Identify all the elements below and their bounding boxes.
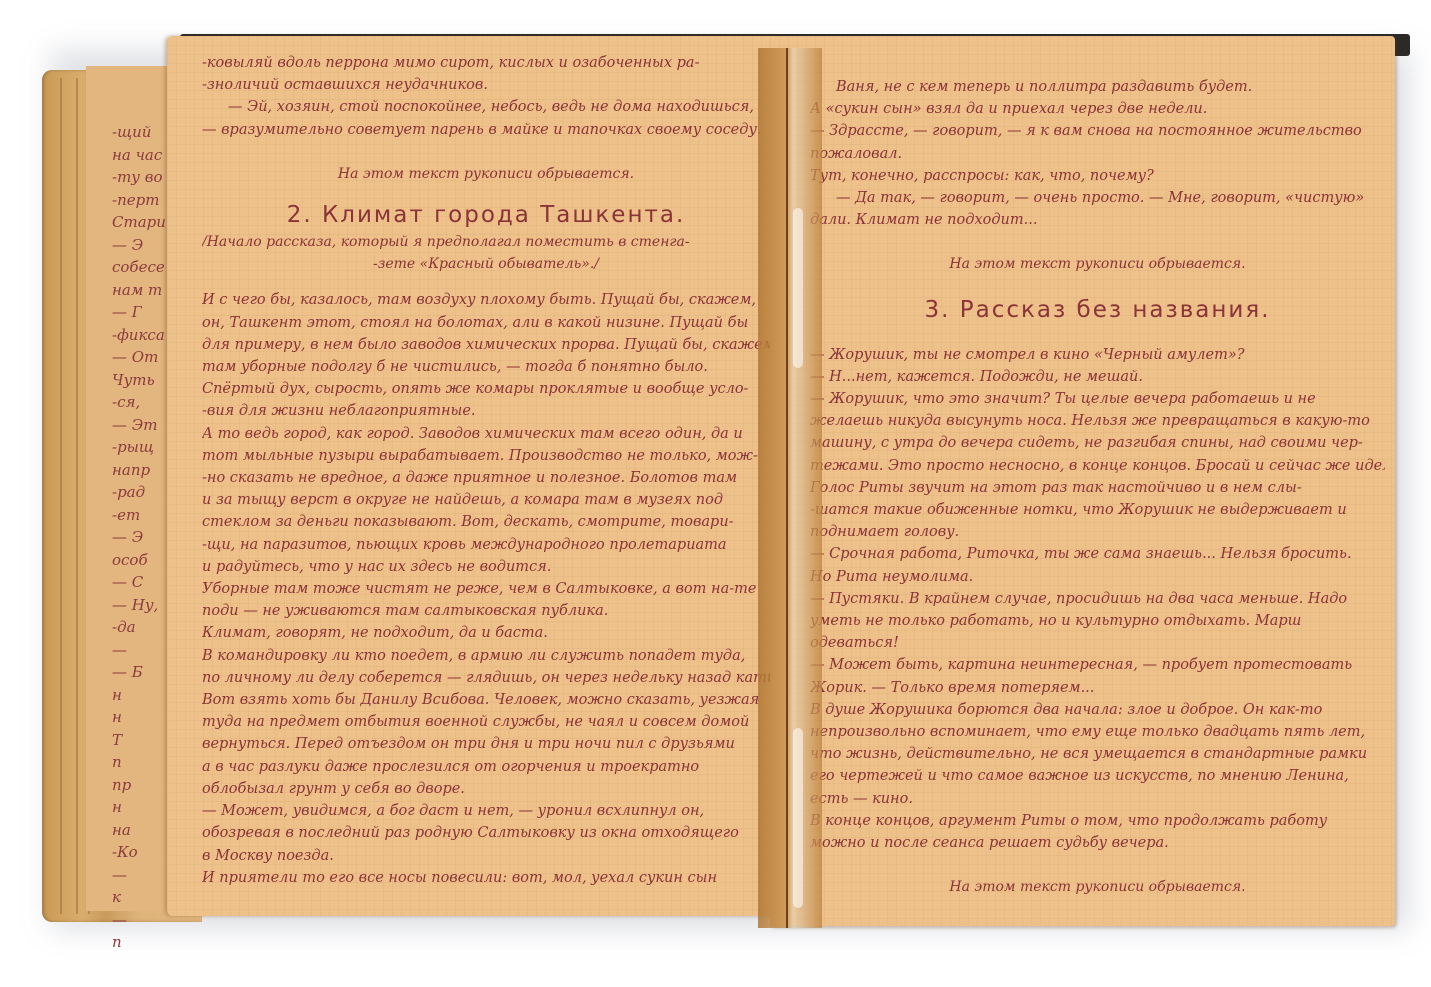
text-line: И приятели то его все носы повесили: вот… (202, 867, 770, 889)
section-title-3: 3. Рассказ без названия. (810, 294, 1385, 326)
text-line: Вот взять хоть бы Данилу Всибова. Челове… (202, 689, 770, 711)
text-line: — Да так, — говорит, — очень просто. — М… (810, 187, 1385, 209)
text-line: машину, с утра до вечера сидеть, не разг… (810, 432, 1385, 454)
underlying-text-fragment: — Г (112, 303, 142, 321)
text-line: и радуйтесь, что у нас их здесь не водит… (202, 556, 770, 578)
text-line: стеклом за деньги показывают. Вот, деска… (202, 511, 770, 533)
open-notebook: -щийна час-ту во-пертСтари— Эсобесенам т… (30, 28, 1405, 933)
text-line: Жорик. — Только время потеряем... (810, 677, 1385, 699)
text-line: Ваня, не с кем теперь и поллитра раздави… (810, 76, 1385, 98)
underlying-text-fragment: на час (112, 146, 162, 164)
underlying-text-fragment: — Э (112, 528, 143, 546)
underlying-text-fragment: собесе (112, 258, 165, 276)
text-line: пожаловал. (810, 143, 1385, 165)
text-line: там уборные подолгу б не чистились, — то… (202, 356, 770, 378)
underlying-text-fragment: -рад (112, 483, 145, 501)
text-line: есть — кино. (810, 788, 1385, 810)
underlying-text-fragment: -рыщ (112, 438, 154, 456)
text-line: -зноличий оставшихся неудачников. (202, 74, 770, 96)
text-line: Но Рита неумолима. (810, 566, 1385, 588)
underlying-text-fragment: — Э (112, 236, 143, 254)
section-subtitle: /Начало рассказа, который я предполагал … (202, 231, 770, 253)
text-line: облобызал грунт у себя во дворе. (202, 778, 770, 800)
text-line: тежами. Это просто несносно, в конце кон… (810, 455, 1385, 477)
underlying-text-fragment: — Ну, (112, 596, 158, 614)
underlying-text-fragment: напр (112, 461, 150, 479)
underlying-text-fragment: п (112, 753, 122, 771)
underlying-text-fragment: -фикса (112, 326, 165, 344)
end-note: На этом текст рукописи обрывается. (810, 253, 1385, 275)
underlying-text-fragment: особ (112, 551, 148, 569)
underlying-text-fragment: Т (112, 731, 122, 749)
underlying-text-fragment: -Ко (112, 843, 138, 861)
spine-repair-tape (758, 48, 822, 928)
text-line: А то ведь город, как город. Заводов хими… (202, 423, 770, 445)
underlying-text-fragment: н (112, 708, 122, 726)
underlying-text-fragment: нам т (112, 281, 162, 299)
text-line: обозревая в последний раз родную Салтыко… (202, 822, 770, 844)
text-line: его чертежей и что самое важное из искус… (810, 765, 1385, 787)
end-note: На этом текст рукописи обрывается. (202, 163, 770, 185)
text-line: для примеру, в нем было заводов химическ… (202, 334, 770, 356)
text-line: Климат, говорят, не подходит, да и баста… (202, 622, 770, 644)
underlying-text-fragment: — Эт (112, 416, 157, 434)
text-line: желаешь никуда высунуть носа. Нельзя же … (810, 410, 1385, 432)
underlying-text-fragment: -да (112, 618, 136, 636)
underlying-text-fragment: н (112, 686, 122, 704)
underlying-text-fragment: — (112, 866, 127, 884)
right-page: Ваня, не с кем теперь и поллитра раздави… (770, 36, 1395, 926)
text-line: Голос Риты звучит на этот раз так настой… (810, 477, 1385, 499)
underlying-text-fragment: — С (112, 573, 143, 591)
text-line: одеваться! (810, 632, 1385, 654)
text-line: поди — не уживаются там салтыковская пуб… (202, 600, 770, 622)
underlying-text-fragment: -ту во (112, 168, 163, 186)
text-line: — Жорушик, ты не смотрел в кино «Черный … (810, 344, 1385, 366)
text-line: тот мыльные пузыри вырабатывает. Произво… (202, 445, 770, 467)
text-line: — Может быть, картина неинтересная, — пр… (810, 654, 1385, 676)
section-subtitle: -зете «Красный обыватель»./ (202, 253, 770, 275)
underlying-text-fragment: н (112, 798, 122, 816)
text-line: Уборные там тоже чистят не реже, чем в С… (202, 578, 770, 600)
left-page-text: -ковыляй вдоль перрона мимо сирот, кислы… (202, 52, 770, 889)
tape-reflection (793, 208, 803, 368)
text-line: непроизвольно вспоминает, что ему еще то… (810, 721, 1385, 743)
underlying-text-fragment: на (112, 821, 131, 839)
text-line: В душе Жорушика борются два начала: злое… (810, 699, 1385, 721)
text-line: -но сказать не вредное, а даже приятное … (202, 467, 770, 489)
text-line: И с чего бы, казалось, там воздуху плохо… (202, 289, 770, 311)
underlying-text-fragment: -перт (112, 191, 159, 209)
text-line: — Здрассте, — говорит, — я к вам снова н… (810, 120, 1385, 142)
underlying-text-fragment: — (112, 911, 127, 929)
text-line: а в час разлуки даже прослезился от огор… (202, 756, 770, 778)
right-page-body: — Жорушик, ты не смотрел в кино «Черный … (810, 344, 1385, 855)
underlying-text-fragment: — (112, 641, 127, 659)
text-line: В конце концов, аргумент Риты о том, что… (810, 810, 1385, 832)
text-line: и за тыщу верст в округе не найдешь, а к… (202, 489, 770, 511)
underlying-text-fragment: Чуть (112, 371, 155, 389)
text-line: А «сукин сын» взял да и приехал через дв… (810, 98, 1385, 120)
dialogue-line: — Эй, хозяин, стой поспокойнее, небось, … (202, 96, 770, 118)
underlying-text-fragment: — От (112, 348, 158, 366)
dialogue-line: — вразумительно советует парень в майке … (202, 119, 770, 141)
underlying-text-fragment: — Б (112, 663, 143, 681)
text-line: туда на предмет отбытия военной службы, … (202, 711, 770, 733)
underlying-text-fragment: Стари (112, 213, 166, 231)
text-line: уметь не только работать, но и культурно… (810, 610, 1385, 632)
underlying-text-fragment: -ся, (112, 393, 140, 411)
text-line: В командировку ли кто поедет, в армию ли… (202, 645, 770, 667)
text-line: дали. Климат не подходит... (810, 209, 1385, 231)
underlying-text-fragment: -щий (112, 123, 151, 141)
text-line: что жизнь, действительно, не вся умещает… (810, 743, 1385, 765)
text-line: вернуться. Перед отъездом он три дня и т… (202, 733, 770, 755)
text-line: можно и после сеанса решает судьбу вечер… (810, 832, 1385, 854)
tape-reflection (793, 728, 803, 908)
text-line: — Жорушик, что это значит? Ты целые вече… (810, 388, 1385, 410)
underlying-text-fragment: пр (112, 776, 131, 794)
text-line: — Н...нет, кажется. Подожди, не мешай. (810, 366, 1385, 388)
end-note: На этом текст рукописи обрывается. (810, 876, 1385, 898)
left-page-body: И с чего бы, казалось, там воздуху плохо… (202, 289, 770, 888)
underlying-text-fragment: к (112, 888, 121, 906)
notebook-spine (786, 48, 788, 928)
text-line: Спёртый дух, сырость, опять же комары пр… (202, 378, 770, 400)
text-line: поднимает голову. (810, 521, 1385, 543)
underlying-text-fragment: -ет (112, 506, 140, 524)
right-page-text: Ваня, не с кем теперь и поллитра раздави… (810, 76, 1385, 899)
text-line: — Может, увидимся, а бог даст и нет, — у… (202, 800, 770, 822)
text-line: в Москву поезда. (202, 845, 770, 867)
text-line: Тут, конечно, расспросы: как, что, почем… (810, 165, 1385, 187)
text-line: -ковыляй вдоль перрона мимо сирот, кислы… (202, 52, 770, 74)
text-line: -щи, на паразитов, пьющих кровь междунар… (202, 534, 770, 556)
left-page: -ковыляй вдоль перрона мимо сирот, кислы… (167, 36, 777, 916)
text-line: — Пустяки. В крайнем случае, просидишь н… (810, 588, 1385, 610)
text-line: — Срочная работа, Риточка, ты же сама зн… (810, 543, 1385, 565)
section-title-2: 2. Климат города Ташкента. (202, 199, 770, 231)
text-line: -шатся такие обиженные нотки, что Жоруши… (810, 499, 1385, 521)
text-line: он, Ташкент этот, стоял на болотах, али … (202, 312, 770, 334)
text-line: по личному ли делу соберется — глядишь, … (202, 667, 770, 689)
underlying-text-fragment: п (112, 933, 122, 951)
text-line: -вия для жизни неблагоприятные. (202, 400, 770, 422)
